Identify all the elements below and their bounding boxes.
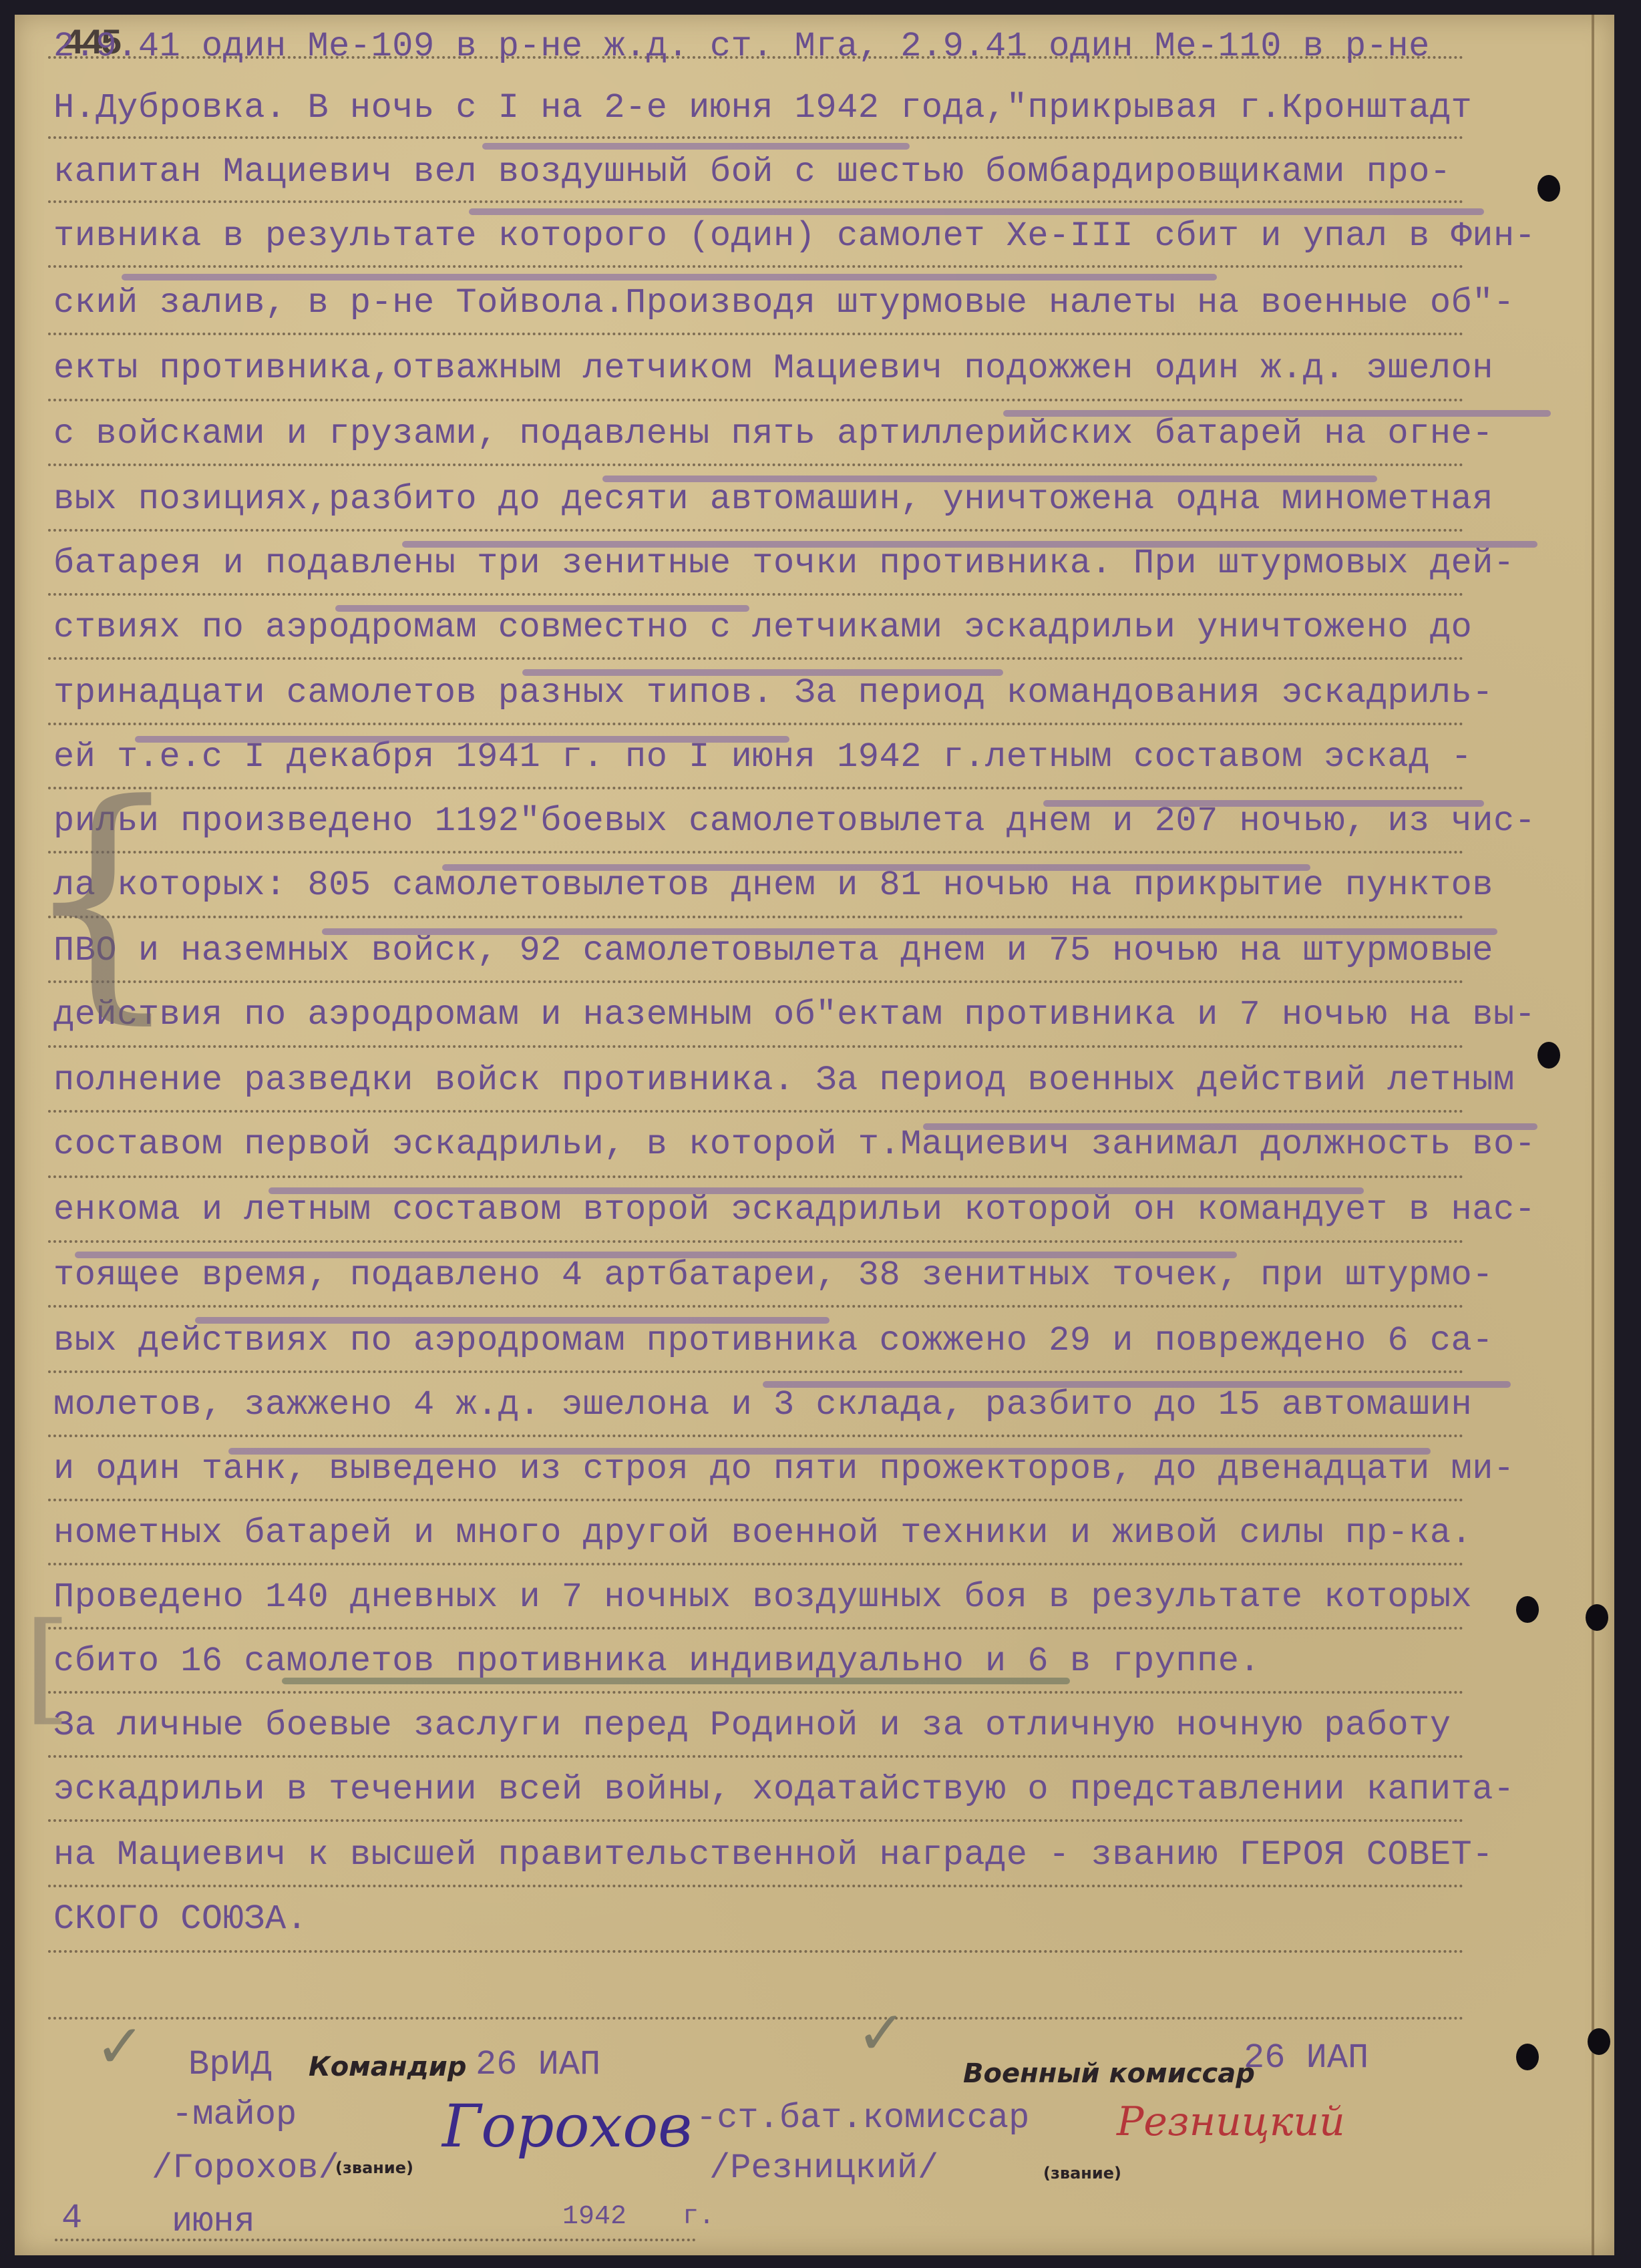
ruled-line xyxy=(48,1819,1464,1822)
commissar-title-stamp: Военный комиссар xyxy=(963,2058,1255,2089)
body-line: екты противника,отважным летчиком Мациев… xyxy=(53,342,1603,395)
commissar-unit: 26 ИАП xyxy=(1244,2038,1369,2078)
pencil-underline xyxy=(469,208,1484,215)
ruled-line xyxy=(48,1627,1464,1630)
body-line: ствиях по аэродромам совместно с летчика… xyxy=(53,601,1603,654)
body-line: ский залив, в р-не Тойвола.Производя шту… xyxy=(53,276,1603,330)
date-rule xyxy=(55,2239,696,2241)
body-line: эскадрильи в течении всей войны, ходатай… xyxy=(53,1763,1603,1817)
punch-hole xyxy=(1537,175,1560,202)
ruled-line xyxy=(48,1435,1464,1437)
commander-prefix: ВрИД xyxy=(188,2045,272,2084)
commissar-rank: -ст.бат.комиссар xyxy=(696,2098,1029,2138)
pencil-underline xyxy=(402,541,1537,548)
date-year: 1942 xyxy=(562,2202,626,2232)
pencil-underline xyxy=(195,1317,830,1324)
ruled-line xyxy=(48,1045,1464,1048)
punch-hole xyxy=(1588,2028,1610,2055)
commander-rank: -майор xyxy=(172,2095,297,2134)
punch-hole xyxy=(1586,1604,1608,1631)
pencil-underline xyxy=(228,1448,1431,1455)
commander-name: /Горохов/ xyxy=(152,2148,339,2188)
ruled-line xyxy=(48,1755,1464,1758)
punch-hole xyxy=(1516,2044,1539,2070)
ruled-line xyxy=(48,1110,1464,1113)
body-line: Н.Дубровка. В ночь с I на 2-е июня 1942 … xyxy=(53,81,1603,135)
pencil-underline xyxy=(268,1187,1364,1194)
commander-rank-caption: (звание) xyxy=(335,2158,413,2177)
ruled-line xyxy=(48,1950,1464,1953)
ruled-line xyxy=(48,1563,1464,1565)
punch-hole xyxy=(1516,1596,1539,1623)
pencil-underline xyxy=(135,736,789,743)
ruled-line xyxy=(48,333,1464,335)
body-line: полнение разведки войск противника. За п… xyxy=(53,1054,1603,1107)
body-line: тивника в результате которого (один) сам… xyxy=(53,210,1603,263)
checkmark-icon: ✓ xyxy=(856,1998,906,2068)
margin-bracket: [ xyxy=(24,1597,71,1737)
pencil-underline xyxy=(482,143,910,150)
ruled-line xyxy=(48,916,1464,918)
commissar-rank-caption: (звание) xyxy=(1043,2164,1121,2183)
body-line: действия по аэродромам и наземным об"ект… xyxy=(53,988,1603,1042)
ruled-line xyxy=(48,265,1464,268)
pencil-underline xyxy=(602,476,1377,482)
ruled-line xyxy=(48,463,1464,466)
document-page: 445 2.9.41 один Ме-109 в р-не ж.д. ст. М… xyxy=(15,15,1614,2255)
pencil-underline xyxy=(1043,800,1484,807)
ruled-line xyxy=(48,1885,1464,1887)
ruled-line xyxy=(48,399,1464,401)
checkmark-icon: ✓ xyxy=(95,2012,145,2082)
ruled-line xyxy=(48,980,1464,983)
body-line: 2.9.41 один Ме-109 в р-не ж.д. ст. Мга, … xyxy=(53,20,1603,73)
pencil-underline xyxy=(1003,410,1551,417)
pencil-underline xyxy=(335,605,749,612)
margin-brace: { xyxy=(21,749,183,1045)
ruled-line xyxy=(48,851,1464,854)
commander-signature: Горохов xyxy=(442,2092,692,2160)
ruled-line xyxy=(48,593,1464,596)
pencil-underline xyxy=(442,864,1310,871)
pencil-underline xyxy=(522,669,1003,676)
commander-unit: 26 ИАП xyxy=(476,2045,600,2084)
ruled-line xyxy=(48,200,1464,203)
body-line: За личные боевые заслуги перед Родиной и… xyxy=(53,1699,1603,1752)
ruled-line xyxy=(48,1240,1464,1243)
commissar-name: /Резницкий/ xyxy=(709,2148,938,2188)
ruled-line xyxy=(48,723,1464,725)
commander-title-stamp: Командир xyxy=(309,2052,466,2082)
body-line: на Мациевич к высшей правительственной н… xyxy=(53,1829,1603,1882)
body-line: СКОГО СОЮЗА. xyxy=(53,1893,1603,1946)
ruled-line xyxy=(48,1499,1464,1501)
date-month: июня xyxy=(172,2202,255,2241)
ruled-line xyxy=(48,2017,1464,2020)
pencil-underline xyxy=(122,274,1217,280)
date-year-suffix: г. xyxy=(683,2202,715,2232)
ruled-line xyxy=(48,1691,1464,1694)
ruled-line xyxy=(48,657,1464,660)
pencil-underline xyxy=(763,1381,1511,1388)
pencil-underline xyxy=(282,1678,1070,1684)
pencil-underline xyxy=(75,1252,1237,1258)
body-line: нометных батарей и много другой военной … xyxy=(53,1507,1603,1560)
pencil-underline xyxy=(322,928,1497,935)
ruled-line xyxy=(48,1370,1464,1373)
ruled-line xyxy=(48,1305,1464,1308)
ruled-line xyxy=(48,136,1464,139)
body-line: капитан Мациевич вел воздушный бой с шес… xyxy=(53,146,1603,199)
commissar-signature: Резницкий xyxy=(1117,2098,1345,2145)
date-day: 4 xyxy=(61,2199,82,2238)
pencil-underline xyxy=(923,1123,1537,1130)
body-line: Проведено 140 дневных и 7 ночных воздушн… xyxy=(53,1571,1603,1624)
ruled-line xyxy=(48,787,1464,789)
punch-hole xyxy=(1537,1042,1560,1069)
ruled-line xyxy=(48,529,1464,532)
ruled-line xyxy=(48,1175,1464,1178)
